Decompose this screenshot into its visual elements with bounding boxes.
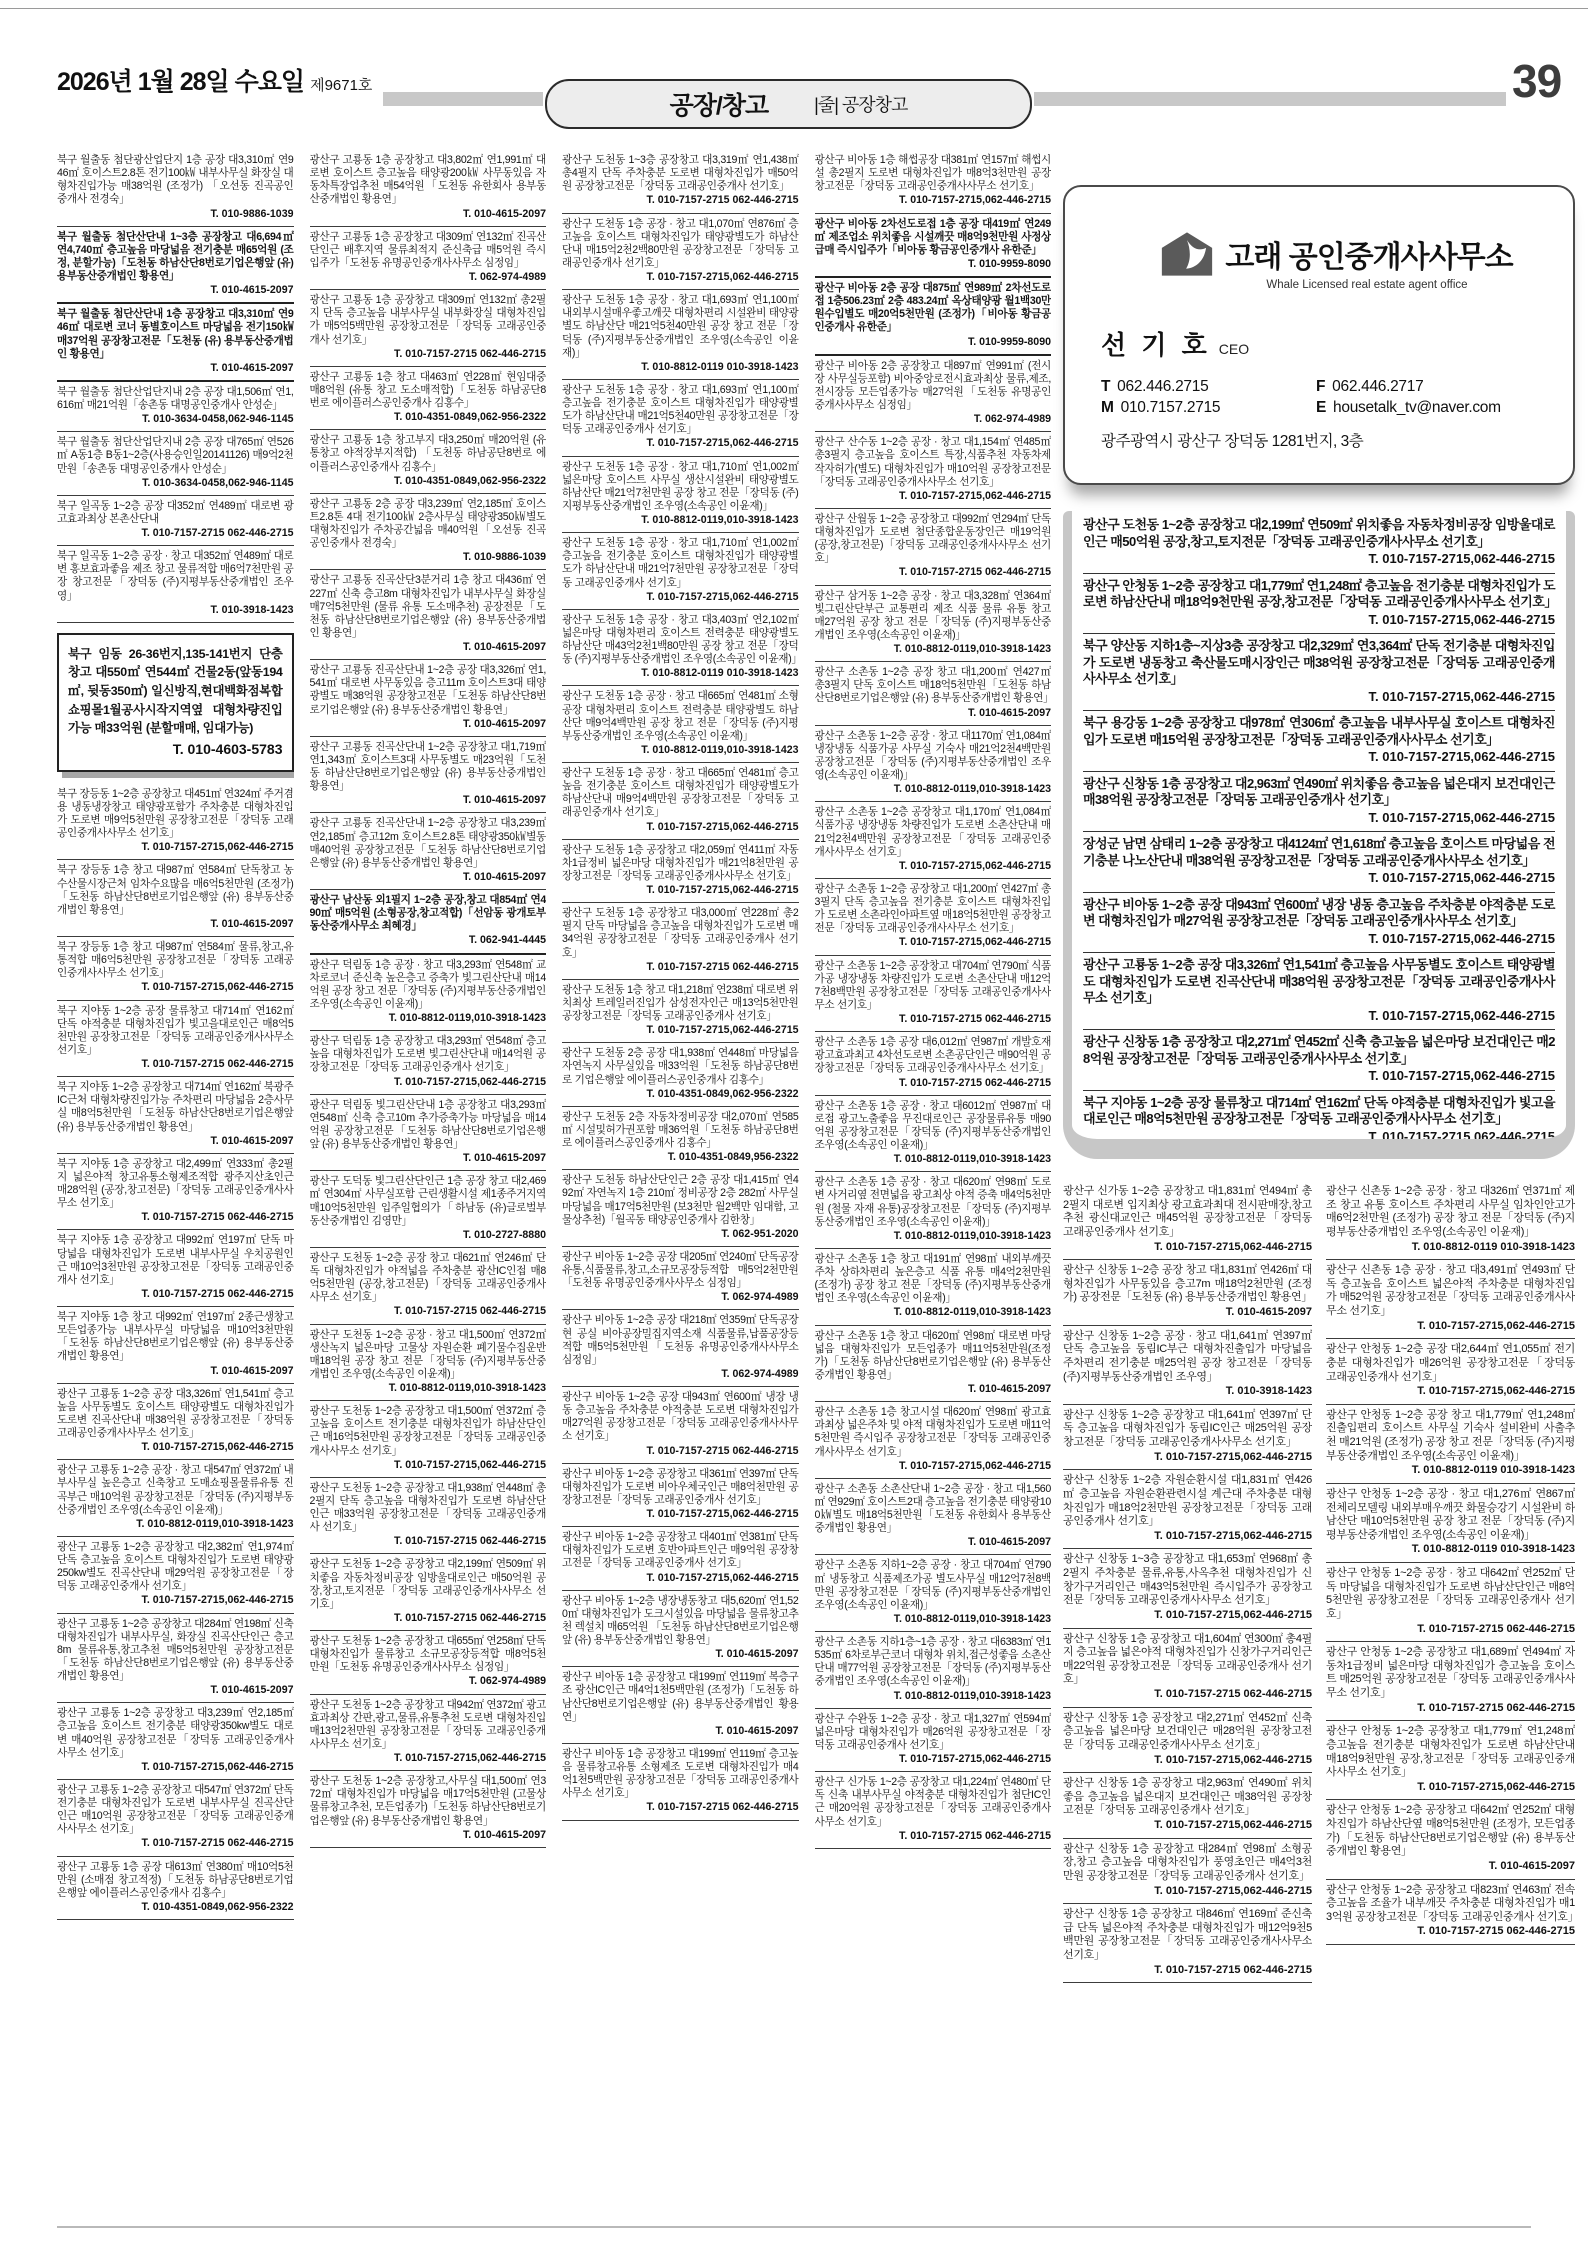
listing-phone: T. 010-8812-0119,010-3918-1423 — [310, 1012, 547, 1025]
listing-text: 광산구 산월동 1~2층 공장창고 대992㎡ 연294㎡ 단독 대형차진입가 … — [815, 513, 1052, 564]
right-column-2: 광산구 신촌동 1~2층 공장 · 창고 대326㎡ 연371㎡ 제조 창고 유… — [1326, 1181, 1575, 2099]
listing-text: 광산구 고룡동 1층 공장창고 대309㎡ 연132㎡ 총2필지 단독 층고높음… — [310, 294, 547, 345]
listing: 광산구 도천동 1~2층 공장창고 대655㎡ 연258㎡ 단독 대형차진입가 … — [310, 1631, 547, 1695]
listing-phone: T. 010-7157-2715,062-446-2715 — [562, 1572, 799, 1585]
listing: 광산구 고룡동 1~2층 공장 대3,326㎡ 연1,541㎡ 층고높음 사무동… — [57, 1384, 294, 1461]
agency-card: 고래 공인중개사사무소 Whale Licensed real estate a… — [1063, 185, 1575, 485]
listing-text: 북구 지야동 1층 공장창고 대992㎡ 연197㎡ 단독 마당넓음 대형차진입… — [57, 1234, 294, 1285]
listing: 광산구 비아동 1층 공장창고 대199㎡ 연119㎡ 층고높음 물류창고유통 … — [562, 1744, 799, 1821]
listing-phone: T. 010-7157-2715 062-446-2715 — [815, 1077, 1052, 1090]
listing: 광산구 도천동 1층 공장 · 창고 대1,693㎡ 연1,100㎡ 내외부시설… — [562, 290, 799, 380]
listing: 광산구 소촌동 소촌산단내 1~2층 공장 · 창고 대1,560㎡ 연929㎡… — [815, 1479, 1052, 1556]
listing-text: 북구 지야동 1~2층 공장 물류창고 대714㎡ 연162㎡ 단독 야적충분 … — [1083, 1095, 1555, 1127]
listing-text: 광산구 비아동 1층 공장창고 대199㎡ 연119㎡ 층고높음 물류창고유통 … — [562, 1748, 799, 1799]
listing-text: 광산구 신창동 1~2층 공장 · 창고 대1,641㎡ 연397㎡ 단독 층고… — [1063, 1330, 1312, 1383]
listing-text: 광산구 도천동 1층 창고 대1,218㎡ 연238㎡ 대로변 위치최상 트레일… — [562, 984, 799, 1022]
listing: 광산구 고룡동 1~2층 공장창고 대284㎡ 연198㎡ 신축 대형차진입가 … — [57, 1614, 294, 1704]
listing-phone: T. 010-4615-2097 — [310, 641, 547, 654]
listing-phone: T. 010-3634-0458,062-946-1145 — [57, 477, 294, 490]
listing-text: 북구 월출동 첨단산업단지내 2층 공장 대765㎡ 연526㎡ A동1층 B동… — [57, 436, 294, 474]
listing-phone: T. 010-7157-2715 062-446-2715 — [1326, 1925, 1575, 1939]
listing: 장성군 남면 삼태리 1~2층 공장창고 대4124㎡ 연1,618㎡ 층고높음… — [1083, 832, 1555, 893]
agency-mobile: M010.7157.2715 — [1101, 399, 1316, 417]
listing-text: 광산구 소촌동 1~2층 공장창고 대1,200㎡ 연427㎡ 총3필지 단독 … — [815, 883, 1052, 934]
listing-text: 광산구 고룡동 1층 공장창고 대3,802㎡ 연1,991㎡ 대로변 호이스트… — [310, 154, 547, 205]
classifieds-column-3: 광산구 도천동 1~3층 공장창고 대3,319㎡ 연1,438㎡ 총4필지 단… — [562, 150, 799, 2190]
listing-phone: T. 010-8812-0119,010-3918-1423 — [815, 643, 1052, 656]
listing-text: 광산구 고룡동 1~2층 공장창고 대2,382㎡ 연1,974㎡ 단독 층고높… — [57, 1541, 294, 1592]
listing: 광산구 신창동 1~2층 공장 · 창고 대1,641㎡ 연397㎡ 단독 층고… — [1063, 1326, 1312, 1405]
listing: 광산구 소촌동 1~2층 공장 · 창고 대1170㎡ 연1,084㎡ 냉장냉동… — [815, 726, 1052, 803]
listing: 광산구 도천동 1층 공장 · 창고 대665㎡ 연481㎡ 층고높음 전기충분… — [562, 763, 799, 840]
listing: 광산구 안청동 1~2층 공장 · 창고 대1,276㎡ 연867㎡ 전체리모델… — [1326, 1484, 1575, 1563]
listing-text: 광산구 비아동 1~2층 공장창고 대401㎡ 연381㎡ 단독 대형차진입가 … — [562, 1531, 799, 1569]
listing-text: 북구 임동 26-36번지,135-141번지 단층 창고 대550㎡ 연544… — [68, 647, 283, 735]
section-title: 공장/창고 — [670, 86, 769, 122]
listing: 광산구 고룡동 1~2층 공장 대3,326㎡ 연1,541㎡ 층고높음 사무동… — [1083, 953, 1555, 1030]
listing-phone: T. 010-7157-2715 062-446-2715 — [1326, 1623, 1575, 1637]
listing: 광산구 신창동 1~2층 공장 창고 대1,831㎡ 연426㎡ 대형차진입가 … — [1063, 1260, 1312, 1326]
listing-phone: T. 010-7157-2715,062-446-2715 — [562, 437, 799, 450]
listing: 광산구 덕림동 1층 공장 · 창고 대3,293㎡ 연548㎡ 교차로코너 준… — [310, 955, 547, 1032]
listing-phone: T. 010-7157-2715,062-446-2715 — [562, 821, 799, 834]
listing-text: 광산구 도천동 1층 공장 · 창고 대1,070㎡ 연876㎡ 층고높음 호이… — [562, 218, 799, 269]
listing-phone: T. 010-4615-2097 — [57, 1684, 294, 1697]
featured-listings-box: 광산구 도천동 1~2층 공장창고 대2,199㎡ 연509㎡ 위치좋음 자동차… — [1063, 511, 1575, 1159]
listing-text: 광산구 비아동 1층 공장창고 대199㎡ 연119㎡ 복층구조 광산IC인근 … — [562, 1671, 799, 1722]
listing-text: 광산구 소촌동 1~2층 공장 창고 대1,200㎡ 연427㎡ 총3필지 단독… — [815, 666, 1052, 704]
listing-text: 북구 지야동 1층 창고 대992㎡ 연197㎡ 2종근생창고 모든업종가능 내… — [57, 1311, 294, 1362]
listing-phone: T. 010-8812-0119,010-3918-1423 — [562, 744, 799, 757]
listing: 광산구 신촌동 1~2층 공장 · 창고 대326㎡ 연371㎡ 제조 창고 유… — [1326, 1181, 1575, 1260]
listing-phone: T. 010-7157-2715,062-446-2715 — [1326, 1320, 1575, 1334]
listing-phone: T. 010-4351-0849,062-956-2322 — [562, 1088, 799, 1101]
listing: 광산구 소촌동 1층 공장 · 창고 대6012㎡ 연987㎡ 대로접 광고노출… — [815, 1096, 1052, 1173]
agency-name: 고래 공인중개사사무소 — [1225, 232, 1512, 276]
listing-phone: T. 010-8812-0119,010-3918-1423 — [310, 1382, 547, 1395]
listing-text: 북구 지야동 1~2층 공장창고 대714㎡ 연162㎡ 북광주IC근처 대형차… — [57, 1081, 294, 1132]
listing-text: 북구 장등동 1층 창고 대987㎡ 연584㎡ 단독창고 농수산물시장근처 임… — [57, 864, 294, 915]
listing-text: 광산구 소촌동 1층 공장 · 창고 대620㎡ 연98㎡ 도로변 사거리옆 전… — [815, 1176, 1052, 1227]
listing: 광산구 고룡동 2층 공장 대3,239㎡ 연2,185㎡ 호이스트2.8톤 4… — [310, 494, 547, 571]
listing: 북구 지야동 1층 공장창고 대992㎡ 연197㎡ 단독 마당넓음 대형차진입… — [57, 1230, 294, 1307]
listing: 광산구 신창동 1~2층 자원순환시설 대1,831㎡ 연426㎡ 층고높음 자… — [1063, 1470, 1312, 1549]
listing-text: 광산구 소촌동 1층 공장 · 창고 대6012㎡ 연987㎡ 대로접 광고노출… — [815, 1100, 1052, 1151]
listing-phone: T. 010-7157-2715,062-446-2715 — [1063, 1754, 1312, 1768]
listing-text: 북구 월출동 첨단산업단지내 2층 공장 대1,506㎡ 연1,616㎡ 매21… — [57, 386, 294, 411]
listing: 광산구 덕림동 1층 공장창고 대3,293㎡ 연548㎡ 층고높음 대형차진입… — [310, 1031, 547, 1095]
listing-phone: T. 010-4615-2097 — [815, 1383, 1052, 1396]
listing-phone: T. 010-7157-2715 062-446-2715 — [815, 1013, 1052, 1026]
listing-text: 광산구 고룡동 1~2층 공장 · 창고 대547㎡ 연372㎡ 내부사무실 높… — [57, 1464, 294, 1515]
listing-phone: T. 010-7157-2715,062-446-2715 — [562, 884, 799, 897]
listing-text: 광산구 소촌동 1층 창고시설 대620㎡ 연98㎡ 광고효과최상 넓은주차 및… — [815, 1406, 1052, 1457]
listing-text: 광산구 고룡동 1층 창고 대463㎡ 연228㎡ 현임대중 매8억원 (유통 … — [310, 371, 547, 409]
listing-phone: T. 010-4615-2097 — [310, 871, 547, 884]
listing: 광산구 안청동 1~2층 공장 · 창고 대642㎡ 연252㎡ 단독 마당넓음… — [1326, 1563, 1575, 1642]
listing-text: 광산구 도천동 1~2층 공장창고 대2,199㎡ 연509㎡ 위치좋음 자동차… — [1083, 517, 1555, 549]
listing-text: 광산구 남산동 외1필지 1~2층 공장,창고 대854㎡ 연490㎡ 매5억원… — [310, 894, 547, 932]
listing-text: 광산구 도천동 1층 공장 · 창고 대1,693㎡ 연1,100㎡ 층고높음 … — [562, 384, 799, 435]
listing: 광산구 남산동 외1필지 1~2층 공장,창고 대854㎡ 연490㎡ 매5억원… — [310, 890, 547, 955]
listing: 광산구 도천동 1층 창고 대1,218㎡ 연238㎡ 대로변 위치최상 트레일… — [562, 980, 799, 1044]
listing-phone: T. 010-7157-2715 062-446-2715 — [57, 1058, 294, 1071]
page-bottom-rule — [57, 2226, 1531, 2228]
listing-phone: T. 010-3918-1423 — [57, 604, 294, 617]
listing: 광산구 도천동 1~2층 공장창고 대2,199㎡ 연509㎡ 위치좋음 자동차… — [1083, 513, 1555, 574]
listing: 광산구 신창동 1~2층 공장창고 대1,641㎡ 연397㎡ 단독 층고높음 … — [1063, 1405, 1312, 1471]
listing-phone: T. 010-7157-2715,062-446-2715 — [1063, 1885, 1312, 1899]
listing-text: 광산구 덕림동 1층 공장 · 창고 대3,293㎡ 연548㎡ 교차로코너 준… — [310, 959, 547, 1010]
listing: 광산구 수완동 1~2층 공장 · 창고 대1,327㎡ 연594㎡ 넓은마당 … — [815, 1709, 1052, 1773]
listing-phone: T. 010-7157-2715,062-446-2715 — [1083, 1008, 1555, 1025]
listing-phone: T. 010-4615-2097 — [1063, 1306, 1312, 1320]
listing-text: 광산구 안청동 1~2층 공장창고 대642㎡ 연252㎡ 대형차진입가 하남산… — [1326, 1804, 1575, 1857]
listing-text: 북구 용강동 1~2층 공장창고 대978㎡ 연306㎡ 층고높음 내부사무실 … — [1083, 715, 1555, 747]
listing-text: 광산구 안청동 1~2층 공장창고 대1,689㎡ 연494㎡ 자동차1급정비 … — [1326, 1646, 1575, 1699]
listing: 광산구 고룡동 1층 공장창고 대309㎡ 연132㎡ 진곡산단인근 배후지역 … — [310, 227, 547, 291]
listing-text: 광산구 도천동 1~2층 공장 · 창고 대1,500㎡ 연372㎡ 생산녹지 … — [310, 1329, 547, 1380]
listing-phone: T. 010-7157-2715 062-446-2715 — [562, 1801, 799, 1814]
listing-text: 광산구 덕림동 빛그린산단내 1층 공장창고 대3,293㎡ 연548㎡ 신축 … — [310, 1099, 547, 1150]
listing: 광산구 소촌동 1~2층 공장창고 대1,200㎡ 연427㎡ 총3필지 단독 … — [815, 879, 1052, 956]
listing: 광산구 신창동 1층 공장창고 대2,271㎡ 연452㎡ 신축 층고높음 넓은… — [1063, 1708, 1312, 1774]
listing: 광산구 도천동 1~2층 공장창고 대942㎡ 연372㎡ 광고효과최상 간판,… — [310, 1695, 547, 1772]
listing-phone: T. 010-4615-2097 — [310, 718, 547, 731]
header-bar-right — [1034, 92, 1506, 106]
listing: 광산구 신촌동 1층 공장 · 창고 대3,491㎡ 연493㎡ 단독 층고높음… — [1326, 1260, 1575, 1339]
listing-phone: T. 010-4615-2097 — [310, 1829, 547, 1842]
listing-phone: T. 010-7157-2715 062-446-2715 — [310, 348, 547, 361]
listing-phone: T. 010-7157-2715 062-446-2715 — [57, 1837, 294, 1850]
listing-phone: T. 010-4615-2097 — [57, 362, 294, 375]
listing: 북구 지야동 1~2층 공장 물류창고 대714㎡ 연162㎡ 단독 야적충분 … — [1083, 1091, 1555, 1151]
listing-phone: T. 010-3918-1423 — [1063, 1385, 1312, 1399]
listing-phone: T. 010-7157-2715,062-446-2715 — [1083, 551, 1555, 568]
listing-phone: T. 010-7157-2715,062-446-2715 — [1063, 1819, 1312, 1833]
listing-phone: T. 010-8812-0119 010-3918-1423 — [562, 667, 799, 680]
listing: 광산구 신창동 1층 공장창고 대2,963㎡ 연490㎡ 위치좋음 층고높음 … — [1063, 1773, 1312, 1839]
listing: 북구 장등동 1층 창고 대987㎡ 연584㎡ 단독창고 농수산물시장근처 임… — [57, 860, 294, 937]
listing-phone: T. 010-4615-2097 — [57, 1135, 294, 1148]
listing: 북구 월출동 첨단광산업단지 1층 공장 대3,310㎡ 연946㎡ 호이스트2… — [57, 150, 294, 227]
listing-text: 광산구 안청동 1~2층 공장창고 대1,779㎡ 연1,248㎡ 층고높음 전… — [1083, 578, 1557, 610]
listing: 광산구 산수동 1~2층 공장 · 창고 대1,154㎡ 연485㎡ 총3필지 … — [815, 432, 1052, 509]
listing: 광산구 소촌동 1층 창고시설 대620㎡ 연98㎡ 광고효과최상 넓은주차 및… — [815, 1402, 1052, 1479]
listing: 광산구 고룡동 1~2층 공장창고 대3,239㎡ 연2,185㎡ 층고높음 호… — [57, 1703, 294, 1780]
listing: 광산구 고룡동 1층 공장 대613㎡ 연380㎡ 매10억5천만원 (소매점 … — [57, 1857, 294, 1921]
listing: 북구 장등동 1층 창고 대987㎡ 연584㎡ 물류,창고,유통적합 매6억5… — [57, 937, 294, 1001]
listing: 광산구 비아동 1~2층 공장창고 대401㎡ 연381㎡ 단독 대형차진입가 … — [562, 1527, 799, 1591]
listing-phone: T. 010-4615-2097 — [57, 918, 294, 931]
listing: 북구 양산동 지하1층~지상3층 공장창고 대2,329㎡ 연3,364㎡ 단독… — [1083, 634, 1555, 711]
listing-text: 북구 장등동 1~2층 공장창고 대451㎡ 연324㎡ 주거겸용 냉동냉장창고… — [57, 788, 294, 839]
listing-text: 광산구 고룡동 2층 공장 대3,239㎡ 연2,185㎡ 호이스트2.8톤 4… — [310, 498, 547, 549]
listing-phone: T. 010-7157-2715,062-446-2715 — [1326, 1781, 1575, 1795]
listing-phone: T. 010-7157-2715,062-446-2715 — [310, 1459, 547, 1472]
listing-phone: T. 010-8812-0119 010-3918-1423 — [1326, 1543, 1575, 1557]
masthead-date: 2026년 1월 28일 수요일제9671호 — [57, 62, 372, 98]
listing-text: 북구 지야동 1~2층 공장 물류창고 대714㎡ 연162㎡ 단독 야적충분 … — [57, 1005, 294, 1056]
listing: 광산구 비아동 1~2층 공장 대205㎡ 연240㎡ 단독공장 유통,식품물류… — [562, 1247, 799, 1311]
issue-number: 제9671호 — [310, 77, 372, 94]
listing-text: 광산구 신촌동 1층 공장 · 창고 대3,491㎡ 연493㎡ 단독 층고높음… — [1326, 1264, 1575, 1317]
listing-text: 북구 월출동 첨단산단내 1층 공장창고 대3,310㎡ 연946㎡ 대로변 코… — [57, 308, 294, 359]
listing: 광산구 소촌동 지하1~2층 공장 · 창고 대704㎡ 연790㎡ 냉동창고 … — [815, 1555, 1052, 1632]
listing-text: 북구 월출동 첨단광산업단지 1층 공장 대3,310㎡ 연946㎡ 호이스트2… — [57, 154, 294, 205]
listing-phone: T. 010-7157-2715 062-446-2715 — [815, 566, 1052, 579]
listing-text: 북구 양산동 지하1층~지상3층 공장창고 대2,329㎡ 연3,364㎡ 단독… — [1083, 638, 1555, 686]
listing-phone: T. 010-4615-2097 — [310, 794, 547, 807]
listing: 북구 일곡동 1~2층 공장 · 창고 대352㎡ 연489㎡ 대로변 홍보효과… — [57, 546, 294, 623]
listing-text: 광산구 신창동 1층 공장창고 대2,963㎡ 연490㎡ 위치좋음 층고높음 … — [1083, 776, 1555, 808]
listing-text: 광산구 도천동 1~2층 공장창고 대655㎡ 연258㎡ 단독 대형차진입가 … — [310, 1635, 547, 1673]
listing-text: 광산구 신창동 1층 공장창고 대1,604㎡ 연300㎡ 총4필지 층고높음 … — [1063, 1633, 1312, 1686]
listing-phone: T. 010-7157-2715,062-446-2715 — [57, 1441, 294, 1454]
date-text: 2026년 1월 28일 수요일 — [57, 68, 304, 96]
listing-phone: T. 010-7157-2715,062-446-2715 — [1326, 1385, 1575, 1399]
listing-phone: T. 010-4603-5783 — [68, 739, 283, 760]
listing: 광산구 고룡동 진곡산단내 1~2층 공장 대3,326㎡ 연1,541㎡ 대로… — [310, 660, 547, 737]
listing-phone: T. 010-4615-2097 — [310, 208, 547, 221]
header-bar-left — [383, 92, 543, 106]
listing: 광산구 도천동 1~3층 공장창고 대3,319㎡ 연1,438㎡ 총4필지 단… — [562, 150, 799, 214]
listing-text: 광산구 고룡동 진곡산단내 1~2층 공장창고 대3,239㎡ 연2,185㎡ … — [310, 817, 547, 868]
listing: 광산구 안청동 1~2층 공장창고 대1,779㎡ 연1,248㎡ 층고높음 전… — [1326, 1721, 1575, 1800]
listing-phone: T. 010-7157-2715 062-446-2715 — [310, 1612, 547, 1625]
listing: 광산구 안청동 1~2층 공장창고 대1,689㎡ 연494㎡ 자동차1급정비 … — [1326, 1642, 1575, 1721]
listing: 광산구 안청동 1~2층 공장창고 대642㎡ 연252㎡ 대형차진입가 하남산… — [1326, 1800, 1575, 1879]
listing-phone: T. 010-9886-1039 — [57, 208, 294, 221]
listing-text: 광산구 안청동 1~2층 공장 · 창고 대1,276㎡ 연867㎡ 전체리모델… — [1326, 1488, 1575, 1541]
listing-phone: T. 010-7157-2715 062-446-2715 — [815, 1830, 1052, 1843]
listing: 광산구 비아동 1~2층 공장 대943㎡ 연600㎡ 냉장 냉동 층고높음 주… — [1083, 893, 1555, 954]
listing-text: 장성군 남면 삼태리 1~2층 공장창고 대4124㎡ 연1,618㎡ 층고높음… — [1083, 836, 1555, 868]
listing-phone: T. 010-7157-2715,062-446-2715 — [1083, 1129, 1555, 1146]
listing-phone: T. 010-4351-0849,062-956-2322 — [57, 1901, 294, 1914]
listing-text: 광산구 도천동 1~2층 공장창고 대942㎡ 연372㎡ 광고효과최상 간판,… — [310, 1699, 547, 1750]
listing-text: 광산구 비아동 1층 해썹공장 대381㎡ 연157㎡ 해썹시설 총2필지 도로… — [815, 154, 1052, 192]
listing: 북구 장등동 1~2층 공장창고 대451㎡ 연324㎡ 주거겸용 냉동냉장창고… — [57, 784, 294, 861]
listing-phone: T. 010-4615-2097 — [562, 1725, 799, 1738]
listing: 광산구 도천동 1층 공장 · 창고 대3,403㎡ 연2,102㎡ 넓은마당 … — [562, 610, 799, 687]
listing-text: 광산구 소촌동 소촌산단내 1~2층 공장 · 창고 대1,560㎡ 연929㎡… — [815, 1483, 1052, 1534]
listing-phone: T. 010-7157-2715,062-446-2715 — [562, 1508, 799, 1521]
listing-phone: T. 010-7157-2715 062-446-2715 — [562, 194, 799, 207]
listing: 광산구 신창동 1~3층 공장창고 대1,653㎡ 연968㎡ 총2필지 주차충… — [1063, 1549, 1312, 1628]
listing: 북구 지야동 1층 공장창고 대2,499㎡ 연333㎡ 총2필지 넓은야적 창… — [57, 1154, 294, 1231]
listing-phone: T. 010-4351-0849,956-2322 — [562, 1151, 799, 1164]
listing-phone: T. 010-7157-2715,062-446-2715 — [57, 841, 294, 854]
right-classifieds-area: 광산구 신가동 1~2층 공장창고 대1,831㎡ 연494㎡ 총2필지 대로변… — [1063, 1181, 1575, 2099]
listing-text: 광산구 도천동 1층 공장 · 창고 대665㎡ 연481㎡ 층고높음 전기충분… — [562, 767, 799, 818]
listing-phone: T. 010-7157-2715,062-446-2715 — [1083, 1068, 1555, 1085]
listing-phone: T. 010-7157-2715 062-446-2715 — [57, 527, 294, 540]
listing: 광산구 소촌동 1층 공장 · 창고 대620㎡ 연98㎡ 도로변 사거리옆 전… — [815, 1172, 1052, 1249]
listing: 광산구 신창동 1층 공장창고 대1,604㎡ 연300㎡ 총4필지 층고높음 … — [1063, 1629, 1312, 1708]
listing: 광산구 비아동 1층 공장창고 대199㎡ 연119㎡ 복층구조 광산IC인근 … — [562, 1667, 799, 1744]
listing: 광산구 소촌동 1~2층 공장 창고 대1,200㎡ 연427㎡ 총3필지 단독… — [815, 662, 1052, 726]
listing-phone: T. 010-7157-2715,062-446-2715 — [1063, 1241, 1312, 1255]
listing: 광산구 도천동 1~2층 공장창고,사무실 대1,500㎡ 연372㎡ 대형차진… — [310, 1771, 547, 1848]
listing-text: 광산구 도천동 1~2층 공장창고,사무실 대1,500㎡ 연372㎡ 대형차진… — [310, 1775, 547, 1826]
listing: 북구 용강동 1~2층 공장창고 대978㎡ 연306㎡ 층고높음 내부사무실 … — [1083, 711, 1555, 772]
listing: 광산구 덕림동 빛그린산단내 1층 공장창고 대3,293㎡ 연548㎡ 신축 … — [310, 1095, 547, 1172]
listing-phone: T. 010-8812-0119,010-3918-1423 — [815, 783, 1052, 796]
listing-phone: T. 010-9959-8090 — [815, 258, 1052, 271]
listing: 광산구 도천동 1층 공장 · 창고 대665㎡ 연481㎡ 소형공장 대형차편… — [562, 686, 799, 763]
listing-text: 광산구 소촌동 1층 창고 대620㎡ 연98㎡ 대로변 마당넓음 대형차진입가… — [815, 1330, 1052, 1381]
listing-text: 광산구 도천동 1층 공장 · 창고 대3,403㎡ 연2,102㎡ 넓은마당 … — [562, 614, 799, 665]
listing-phone: T. 010-8812-0119,010-3918-1423 — [562, 514, 799, 527]
listing: 광산구 소촌동 1~2층 공장창고 대704㎡ 연790㎡ 식품가공 냉장냉동 … — [815, 956, 1052, 1033]
listing: 광산구 고룡동 1~2층 공장창고 대547㎡ 연372㎡ 단독 전기충분 대형… — [57, 1780, 294, 1857]
listing: 광산구 도천동 1~2층 공장 · 창고 대1,500㎡ 연372㎡ 생산녹지 … — [310, 1325, 547, 1402]
listing-phone: T. 010-4615-2097 — [57, 1365, 294, 1378]
listing-phone: T. 010-7157-2715,062-446-2715 — [57, 1594, 294, 1607]
listing-phone: T. 010-3634-0458,062-946-1145 — [57, 413, 294, 426]
listing: 광산구 비아동 1~2층 공장 대943㎡ 연600㎡ 냉장 냉동 층고높음 주… — [562, 1387, 799, 1464]
listing-text: 광산구 신가동 1~2층 공장창고 대1,224㎡ 연480㎡ 단독 신축 내부… — [815, 1776, 1052, 1827]
listing-text: 광산구 비아동 1~2층 공장 대218㎡ 연359㎡ 단독공장 현 공실 비아… — [562, 1314, 799, 1365]
classifieds-main-area: 북구 월출동 첨단광산업단지 1층 공장 대3,310㎡ 연946㎡ 호이스트2… — [57, 150, 1051, 2190]
listing-phone: T. 010-2727-8880 — [310, 1229, 547, 1242]
listing: 광산구 도천동 하남산단인근 2층 공장 대1,415㎡ 연492㎡ 자연녹지 … — [562, 1170, 799, 1247]
listing: 광산구 안청동 1~2층 공장 대2,644㎡ 연1,055㎡ 전기충분 대형차… — [1326, 1339, 1575, 1405]
listing: 광산구 비아동 2층 공장창고 대897㎡ 연991㎡ (전시장 사무실등포함)… — [815, 356, 1052, 433]
listing-text: 광산구 도천동 2층 자동차정비공장 대2,070㎡ 연585㎡ 시설및허가권포… — [562, 1111, 799, 1149]
ceo-name: 선 기 호 — [1101, 330, 1211, 360]
listing-text: 광산구 안청동 1~2층 공장 대2,644㎡ 연1,055㎡ 전기충분 대형차… — [1326, 1343, 1575, 1382]
listing: 광산구 고룡동 진곡산단3분거리 1층 창고 대436㎡ 연227㎡ 신축 층고… — [310, 570, 547, 660]
listing-text: 광산구 신창동 1층 공장창고 대2,271㎡ 연452㎡ 신축 층고높음 넓은… — [1063, 1712, 1312, 1751]
listing: 북구 임동 26-36번지,135-141번지 단층 창고 대550㎡ 연544… — [57, 633, 294, 772]
listing-text: 광산구 도천동 1층 공장 · 창고 대1,710㎡ 연1,002㎡ 층고높음 … — [562, 537, 799, 588]
listing: 광산구 소촌동 지하1층~1층 공장 · 창고 대6383㎡ 연1535㎡ 6차… — [815, 1632, 1052, 1709]
section-header-pill: 공장/창고 |줄| 공장창고 — [545, 79, 1032, 129]
listing-text: 북구 일곡동 1~2층 공장 대352㎡ 연489㎡ 대로변 광고효과최상 본촌… — [57, 500, 294, 525]
listing: 북구 월출동 첨단산업단지내 2층 공장 대765㎡ 연526㎡ A동1층 B동… — [57, 432, 294, 496]
listing-text: 광산구 비아동 2차선도로접 1층 공장 대419㎡ 연249㎡ 제조업소 위치… — [815, 218, 1052, 256]
listing: 광산구 신창동 1층 공장창고 대846㎡ 연169㎡ 준신축급 단독 넓은야적… — [1063, 1904, 1312, 1983]
classifieds-column-4: 광산구 비아동 1층 해썹공장 대381㎡ 연157㎡ 해썹시설 총2필지 도로… — [815, 150, 1052, 2190]
listing-phone: T. 010-7157-2715,062-446-2715 — [1083, 612, 1555, 629]
listing-text: 광산구 도천동 1~2층 공장 창고 대621㎡ 연246㎡ 단독 대형차진입가… — [310, 1252, 547, 1303]
listing-phone: T. 010-7157-2715,062-446-2715 — [310, 1752, 547, 1765]
listing-phone: T. 010-7157-2715,062-446-2715 — [1083, 689, 1555, 706]
listing: 북구 월출동 첨단산업단지내 2층 공장 대1,506㎡ 연1,616㎡ 매21… — [57, 382, 294, 432]
listing-text: 광산구 소촌동 지하1층~1층 공장 · 창고 대6383㎡ 연1535㎡ 6차… — [815, 1636, 1052, 1687]
listing-phone: T. 010-7157-2715,062-446-2715 — [57, 981, 294, 994]
listing: 북구 지야동 1층 창고 대992㎡ 연197㎡ 2종근생창고 모든업종가능 내… — [57, 1307, 294, 1384]
listing: 광산구 소촌동 1층 창고 대191㎡ 연98㎡ 내외부깨끗 주차 상하차편리 … — [815, 1249, 1052, 1326]
listing-phone: T. 010-8812-0119 010-3918-1423 — [1326, 1241, 1575, 1255]
listing: 광산구 고룡동 1~2층 공장창고 대2,382㎡ 연1,974㎡ 단독 층고높… — [57, 1537, 294, 1614]
agency-tel: T062.446.2715 — [1101, 378, 1316, 396]
listing-phone: T. 010-4351-0849,062-956-2322 — [310, 411, 547, 424]
listing: 광산구 고룡동 진곡산단내 1~2층 공장창고 대1,719㎡ 연1,343㎡ … — [310, 737, 547, 814]
listing: 광산구 도천동 1층 공장창고 대3,000㎡ 연228㎡ 총2필지 단독 마당… — [562, 903, 799, 980]
listing-phone: T. 010-8812-0119 010-3918-1423 — [562, 361, 799, 374]
listing-text: 광산구 신촌동 1~2층 공장 · 창고 대326㎡ 연371㎡ 제조 창고 유… — [1326, 1185, 1575, 1238]
listing: 북구 지야동 1~2층 공장 물류창고 대714㎡ 연162㎡ 단독 야적충분 … — [57, 1001, 294, 1078]
listing-phone: T. 010-7157-2715,062-446-2715 — [815, 936, 1052, 949]
classifieds-column-1: 북구 월출동 첨단광산업단지 1층 공장 대3,310㎡ 연946㎡ 호이스트2… — [57, 150, 294, 2190]
listing-phone: T. 010-9886-1039 — [310, 551, 547, 564]
listing-phone: T. 010-7157-2715,062-446-2715 — [1063, 1451, 1312, 1465]
listing-phone: T. 010-7157-2715 062-446-2715 — [310, 1535, 547, 1548]
agency-fax: F062.446.2717 — [1316, 378, 1573, 396]
listing-text: 광산구 안청동 1~2층 공장창고 대823㎡ 연463㎡ 전속 층고높음 조율… — [1326, 1884, 1575, 1923]
listing-text: 광산구 도천동 1층 공장창고 대2,059㎡ 연411㎡ 자동차1급정비 넓은… — [562, 844, 799, 882]
listing-text: 북구 지야동 1층 공장창고 대2,499㎡ 연333㎡ 총2필지 넓은야적 창… — [57, 1158, 294, 1209]
listing-text: 광산구 도천동 1층 공장 · 창고 대665㎡ 연481㎡ 소형공장 대형차편… — [562, 690, 799, 741]
listing-text: 광산구 소촌동 지하1~2층 공장 · 창고 대704㎡ 연790㎡ 냉동창고 … — [815, 1559, 1052, 1610]
listing-text: 광산구 고룡동 1~2층 공장창고 대547㎡ 연372㎡ 단독 전기충분 대형… — [57, 1784, 294, 1835]
listing-phone: T. 062-974-4989 — [310, 1675, 547, 1688]
listing-text: 광산구 도천동 하남산단인근 2층 공장 대1,415㎡ 연492㎡ 자연녹지 … — [562, 1174, 799, 1225]
right-column-1: 광산구 신가동 1~2층 공장창고 대1,831㎡ 연494㎡ 총2필지 대로변… — [1063, 1181, 1312, 2099]
listing: 광산구 소촌동 1~2층 공장창고 대1,170㎡ 연1,084㎡ 식품가공 냉… — [815, 802, 1052, 879]
listing-text: 광산구 고룡동 1층 공장창고 대309㎡ 연132㎡ 진곡산단인근 배후지역 … — [310, 231, 547, 269]
listing: 광산구 안청동 1~2층 공장창고 대1,779㎡ 연1,248㎡ 층고높음 전… — [1083, 574, 1555, 635]
agency-contacts: T062.446.2715 F062.446.2717 M010.7157.27… — [1101, 378, 1573, 417]
listing-text: 광산구 도덕동 빛그린산단인근 1층 공장 창고 대2,469㎡ 연304㎡ 사… — [310, 1175, 547, 1226]
listing-text: 광산구 고룡동 1~2층 공장창고 대3,239㎡ 연2,185㎡ 층고높음 호… — [57, 1707, 294, 1758]
whale-house-logo-icon — [1161, 231, 1213, 277]
listing-text: 광산구 고룡동 1층 공장 대613㎡ 연380㎡ 매10억5천만원 (소매점 … — [57, 1861, 294, 1899]
listing-phone: T. 010-7157-2715 062-446-2715 — [562, 1445, 799, 1458]
listing-text: 광산구 비아동 1~2층 공장 대205㎡ 연240㎡ 단독공장 유통,식품물류… — [562, 1251, 799, 1289]
right-section: 고래 공인중개사사무소 Whale Licensed real estate a… — [1063, 185, 1575, 2099]
listing-text: 광산구 고룡동 1~2층 공장창고 대284㎡ 연198㎡ 신축 대형차진입가 … — [57, 1618, 294, 1683]
listing-phone: T. 010-7157-2715,062-446-2715 — [1063, 1609, 1312, 1623]
listing: 광산구 신가동 1~2층 공장창고 대1,831㎡ 연494㎡ 총2필지 대로변… — [1063, 1181, 1312, 1260]
listing-phone: T. 010-7157-2715,062-446-2715 — [1063, 1530, 1312, 1544]
listing-phone: T. 010-8812-0119,010-3918-1423 — [815, 1306, 1052, 1319]
listing-text: 광산구 비아동 1~2층 공장창고 대361㎡ 연397㎡ 단독 대형차진입가 … — [562, 1468, 799, 1506]
listing: 광산구 산월동 1~2층 공장창고 대992㎡ 연294㎡ 단독 대형차진입가 … — [815, 509, 1052, 586]
listing-phone: T. 062-941-4445 — [310, 934, 547, 947]
ceo-name-row: 선 기 호CEO — [1101, 325, 1573, 362]
listing-text: 광산구 도천동 1층 공장 · 창고 대1,693㎡ 연1,100㎡ 내외부시설… — [562, 294, 799, 359]
listing-text: 북구 장등동 1층 창고 대987㎡ 연584㎡ 물류,창고,유통적합 매6억5… — [57, 941, 294, 979]
listing-phone: T. 010-7157-2715,062-446-2715 — [562, 271, 799, 284]
listing-phone: T. 010-4615-2097 — [1326, 1860, 1575, 1874]
listing-text: 광산구 수완동 1~2층 공장 · 창고 대1,327㎡ 연594㎡ 넓은마당 … — [815, 1713, 1052, 1751]
listing-phone: T. 010-8812-0119,010-3918-1423 — [815, 1153, 1052, 1166]
listing-phone: T. 010-4615-2097 — [562, 1648, 799, 1661]
listing-phone: T. 062-974-4989 — [562, 1368, 799, 1381]
listing-phone: T. 062-974-4989 — [310, 271, 547, 284]
listing-phone: T. 062-951-2020 — [562, 1228, 799, 1241]
listing-phone: T. 010-7157-2715 062-446-2715 — [1063, 1688, 1312, 1702]
listing-phone: T. 010-8812-0119,010-3918-1423 — [815, 1613, 1052, 1626]
listing-phone: T. 010-7157-2715 062-446-2715 — [57, 1288, 294, 1301]
agency-brand-row: 고래 공인중개사사무소 — [1101, 231, 1573, 277]
listing-text: 광산구 신창동 1~3층 공장창고 대1,653㎡ 연968㎡ 총2필지 주차충… — [1063, 1553, 1312, 1606]
listing: 북구 지야동 1~2층 공장창고 대714㎡ 연162㎡ 북광주IC근처 대형차… — [57, 1077, 294, 1154]
listing-text: 광산구 신가동 1~2층 공장창고 대1,831㎡ 연494㎡ 총2필지 대로변… — [1063, 1185, 1312, 1238]
listing-phone: T. 010-4615-2097 — [815, 1536, 1052, 1549]
listing-phone: T. 010-7157-2715,062-446-2715 — [815, 1753, 1052, 1766]
listing-phone: T. 010-7157-2715,062-446-2715 — [1083, 749, 1555, 766]
listing-text: 광산구 소촌동 1층 공장 대6,012㎡ 연987㎡ 개발호재 광고효과최고 … — [815, 1036, 1052, 1074]
listing-text: 광산구 도천동 1층 공장창고 대3,000㎡ 연228㎡ 총2필지 단독 마당… — [562, 907, 799, 958]
listing-phone: T. 010-7157-2715 062-446-2715 — [1063, 1964, 1312, 1978]
listing-text: 광산구 산수동 1~2층 공장 · 창고 대1,154㎡ 연485㎡ 총3필지 … — [815, 436, 1052, 487]
listing: 광산구 도천동 2층 공장 대1,938㎡ 연448㎡ 마당넓음 자연녹지 사무… — [562, 1043, 799, 1107]
